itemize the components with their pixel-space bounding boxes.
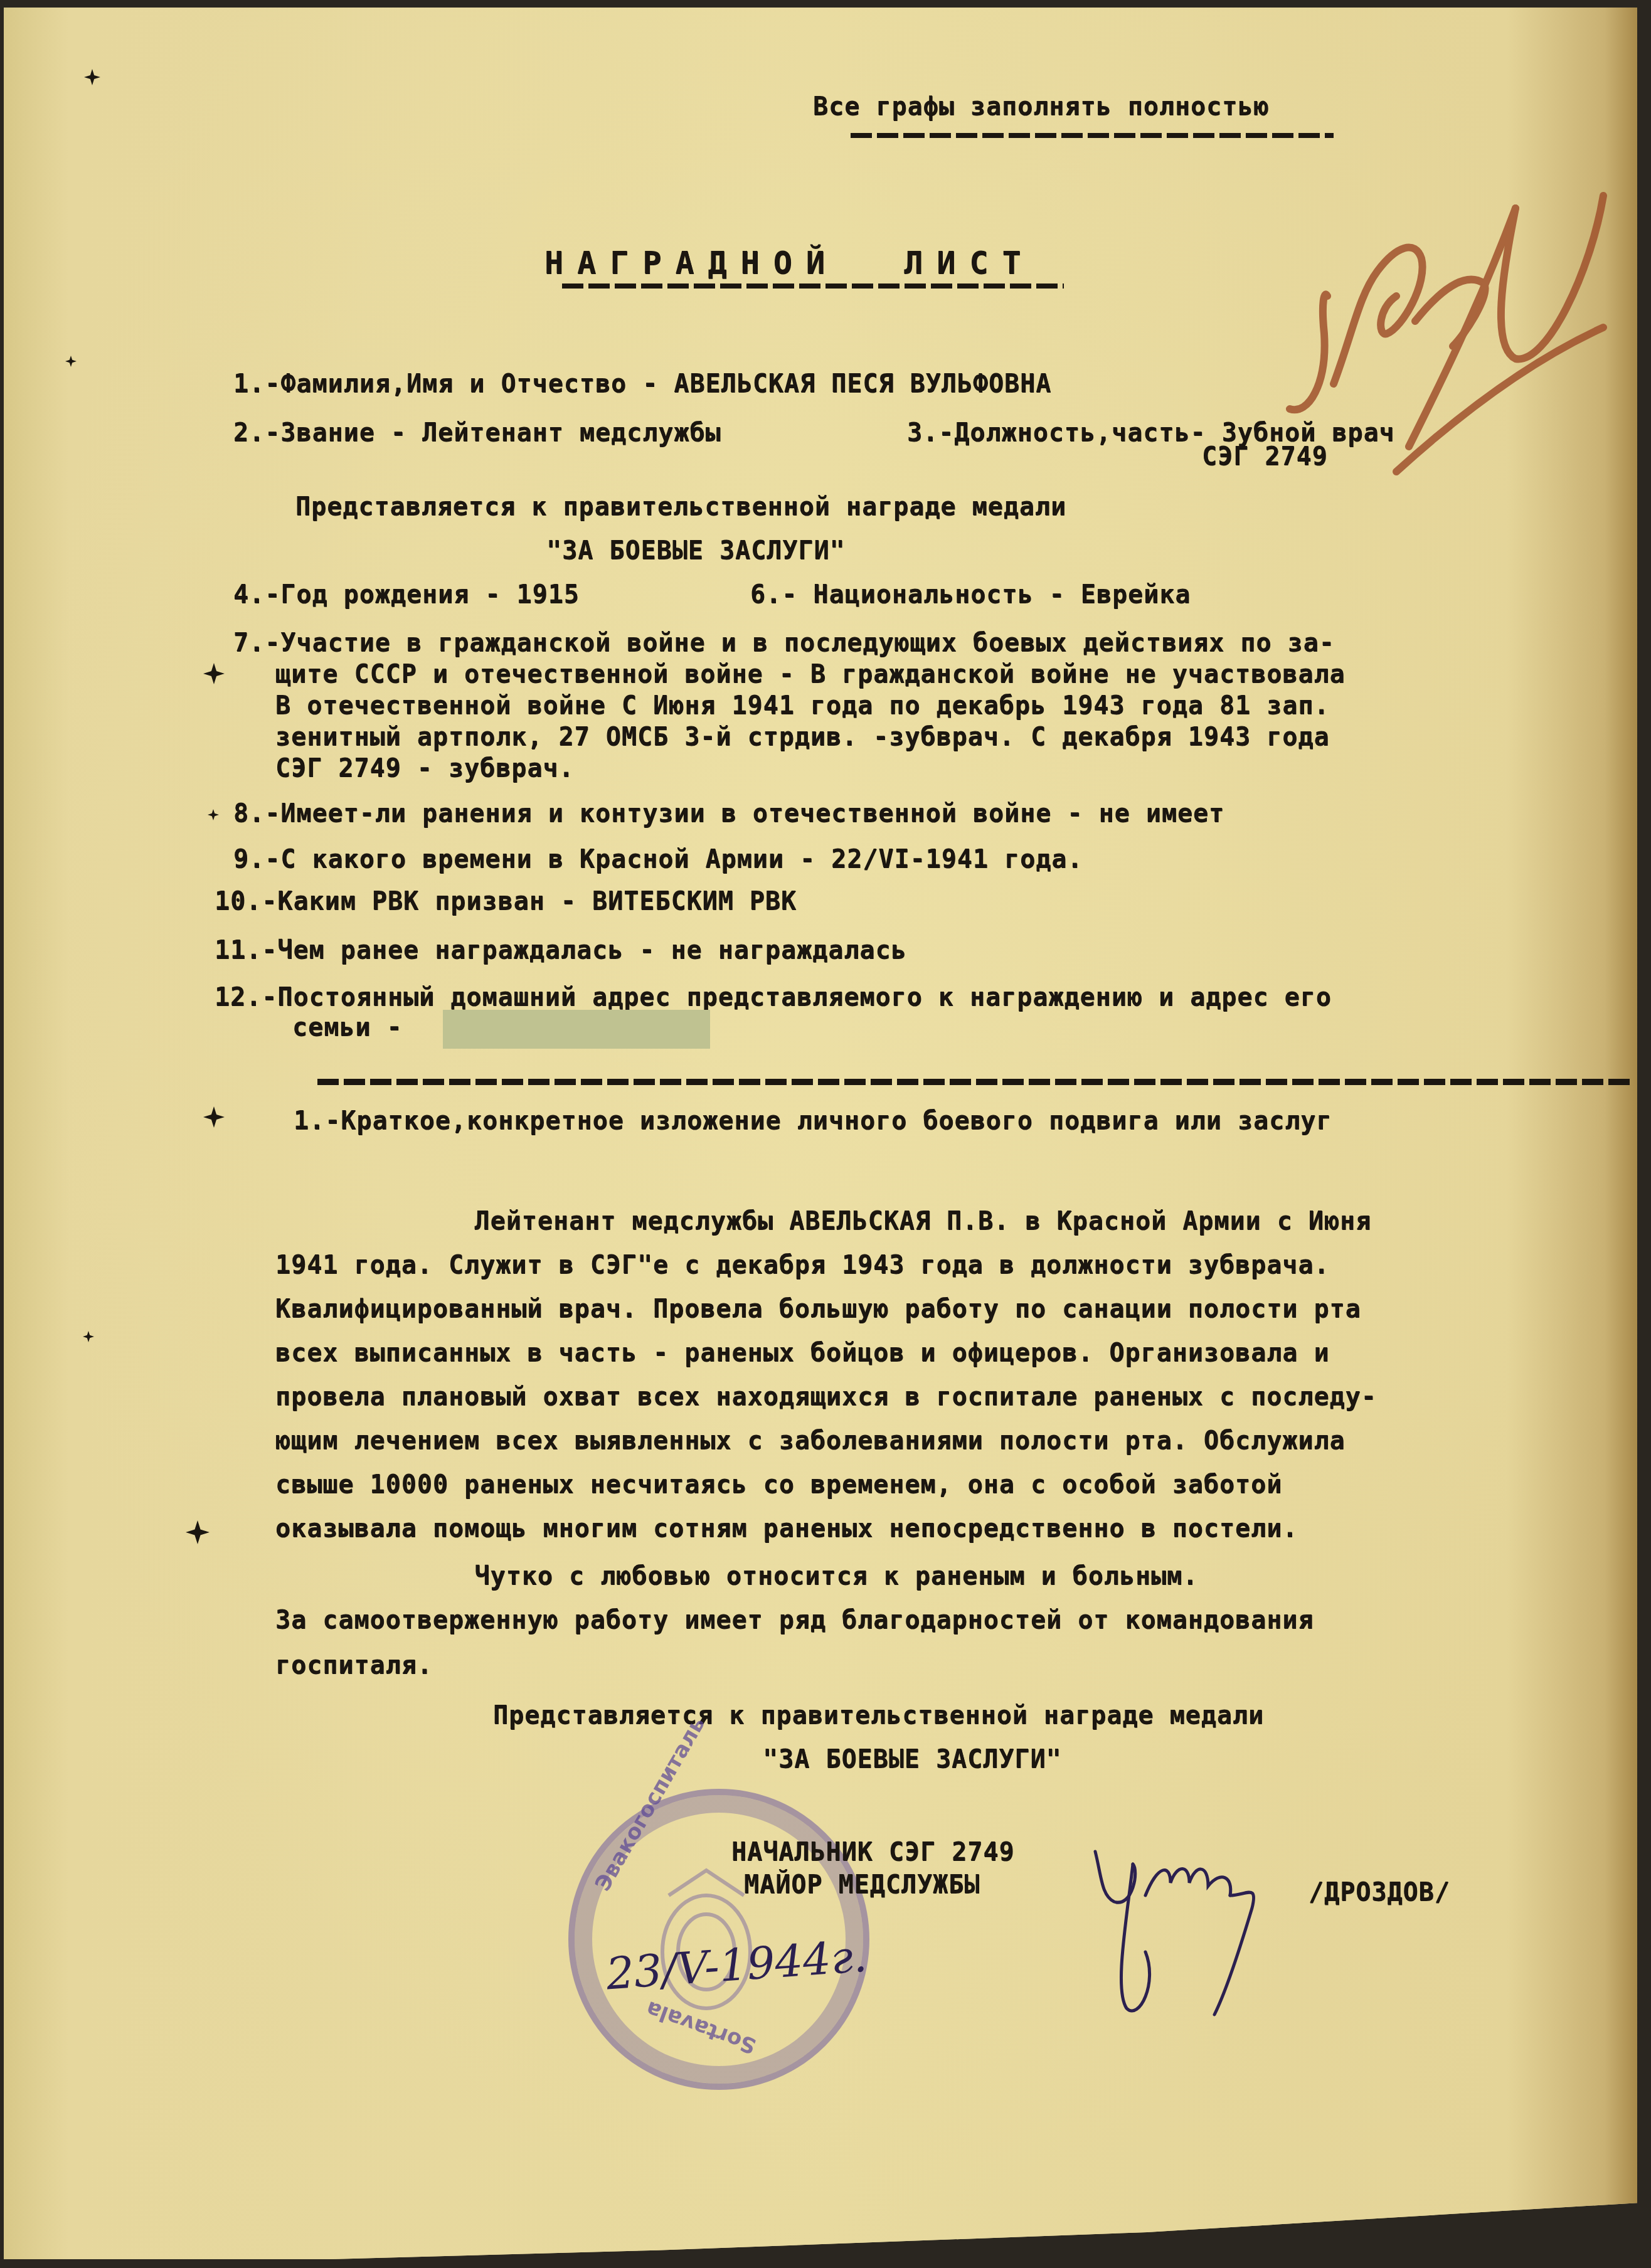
redacted-address [443,1010,710,1049]
narrative-line: 1941 года. Служит в СЭГ"е с декабря 1943… [275,1251,1330,1280]
field-1-name: 1.-Фамилия,Имя и Отчество - АВЕЛЬСКАЯ ПЕ… [233,369,1051,398]
field-7-line-1: 7.-Участие в гражданской войне и в после… [233,628,1335,657]
signer-position-line-1: НАЧАЛЬНИК СЭГ 2749 [731,1838,1014,1867]
punch-hole [186,1520,210,1544]
punch-hole [203,1106,225,1128]
section-divider [317,1079,1635,1085]
field-7-line-3: В отечественной войне С Июня 1941 года п… [275,691,1330,720]
narrative-line: За самоотверженную работу имеет ряд благ… [275,1606,1314,1635]
punch-hole [84,69,100,85]
punch-hole [208,809,219,820]
field-7-line-4: зенитный артполк, 27 ОМСБ 3-й стрдив. -з… [275,723,1330,751]
field-2-rank: 2.-Звание - Лейтенант медслужбы [233,418,721,447]
narrative-line: госпиталя. [275,1651,433,1680]
narrative-line: Квалифицированный врач. Провела большую … [275,1295,1361,1323]
field-4-birth-year: 4.-Год рождения - 1915 [233,580,580,609]
punch-hole [83,1331,94,1342]
section-heading: 1.-Краткое,конкретное изложение личного … [294,1106,1332,1135]
closing-award-name: "ЗА БОЕВЫЕ ЗАСЛУГИ" [763,1745,1062,1774]
punch-hole [203,663,225,684]
handwritten-signature-icon [1089,1826,1340,2033]
signer-position-line-2: МАЙОР МЕДСЛУЖБЫ [744,1870,980,1899]
field-8-wounds: 8.-Имеет-ли ранения и контузии в отечест… [233,799,1224,828]
field-9-service-since: 9.-С какого времени в Красной Армии - 22… [233,845,1083,874]
instruction-underline [851,133,1334,138]
narrative-line: провела плановый охват всех находящихся … [275,1382,1377,1411]
narrative-line: Чутко с любовью относится к раненым и бо… [380,1562,1198,1591]
closing-award-intro: Представляется к правительственной награ… [493,1701,1264,1730]
narrative-line: ющим лечением всех выявленных с заболева… [275,1426,1346,1455]
field-6-nationality: 6.- Национальность - Еврейка [750,580,1191,609]
narrative-line: всех выписанных в часть - раненых бойцов… [275,1338,1330,1367]
award-name: "ЗА БОЕВЫЕ ЗАСЛУГИ" [546,536,846,565]
field-7-line-5: СЭГ 2749 - зубврач. [275,754,575,783]
field-7-line-2: щите СССР и отечественной войне - В граж… [275,660,1346,689]
narrative-line: Лейтенант медслужбы АВЕЛЬСКАЯ П.В. в Кра… [380,1207,1371,1236]
instruction-text: Все графы заполнять полностью [813,92,1269,121]
field-11-previous-awards: 11.-Чем ранее награждалась - не награжда… [215,936,907,965]
punch-hole [65,356,77,367]
page-title: НАГРАДНОЙ ЛИСТ [544,245,1035,281]
award-sheet: Все графы заполнять полностью НАГРАДНОЙ … [4,8,1637,2259]
narrative-line: свыше 10000 раненых несчитаясь со времен… [275,1470,1282,1499]
award-intro: Представляется к правительственной награ… [295,492,1066,521]
narrative-line: оказывала помощь многим сотням раненых н… [275,1514,1298,1543]
field-10-draft-office: 10.-Каким РВК призван - ВИТЕБСКИМ РВК [215,887,797,916]
title-underline [562,283,1064,289]
field-3-unit: СЭГ 2749 [1202,442,1328,471]
field-12-address-line-1: 12.-Постоянный домашний адрес представля… [215,983,1332,1012]
red-pencil-resolution-icon [1252,146,1641,434]
field-12-address-line-2: семьи - [292,1013,403,1042]
